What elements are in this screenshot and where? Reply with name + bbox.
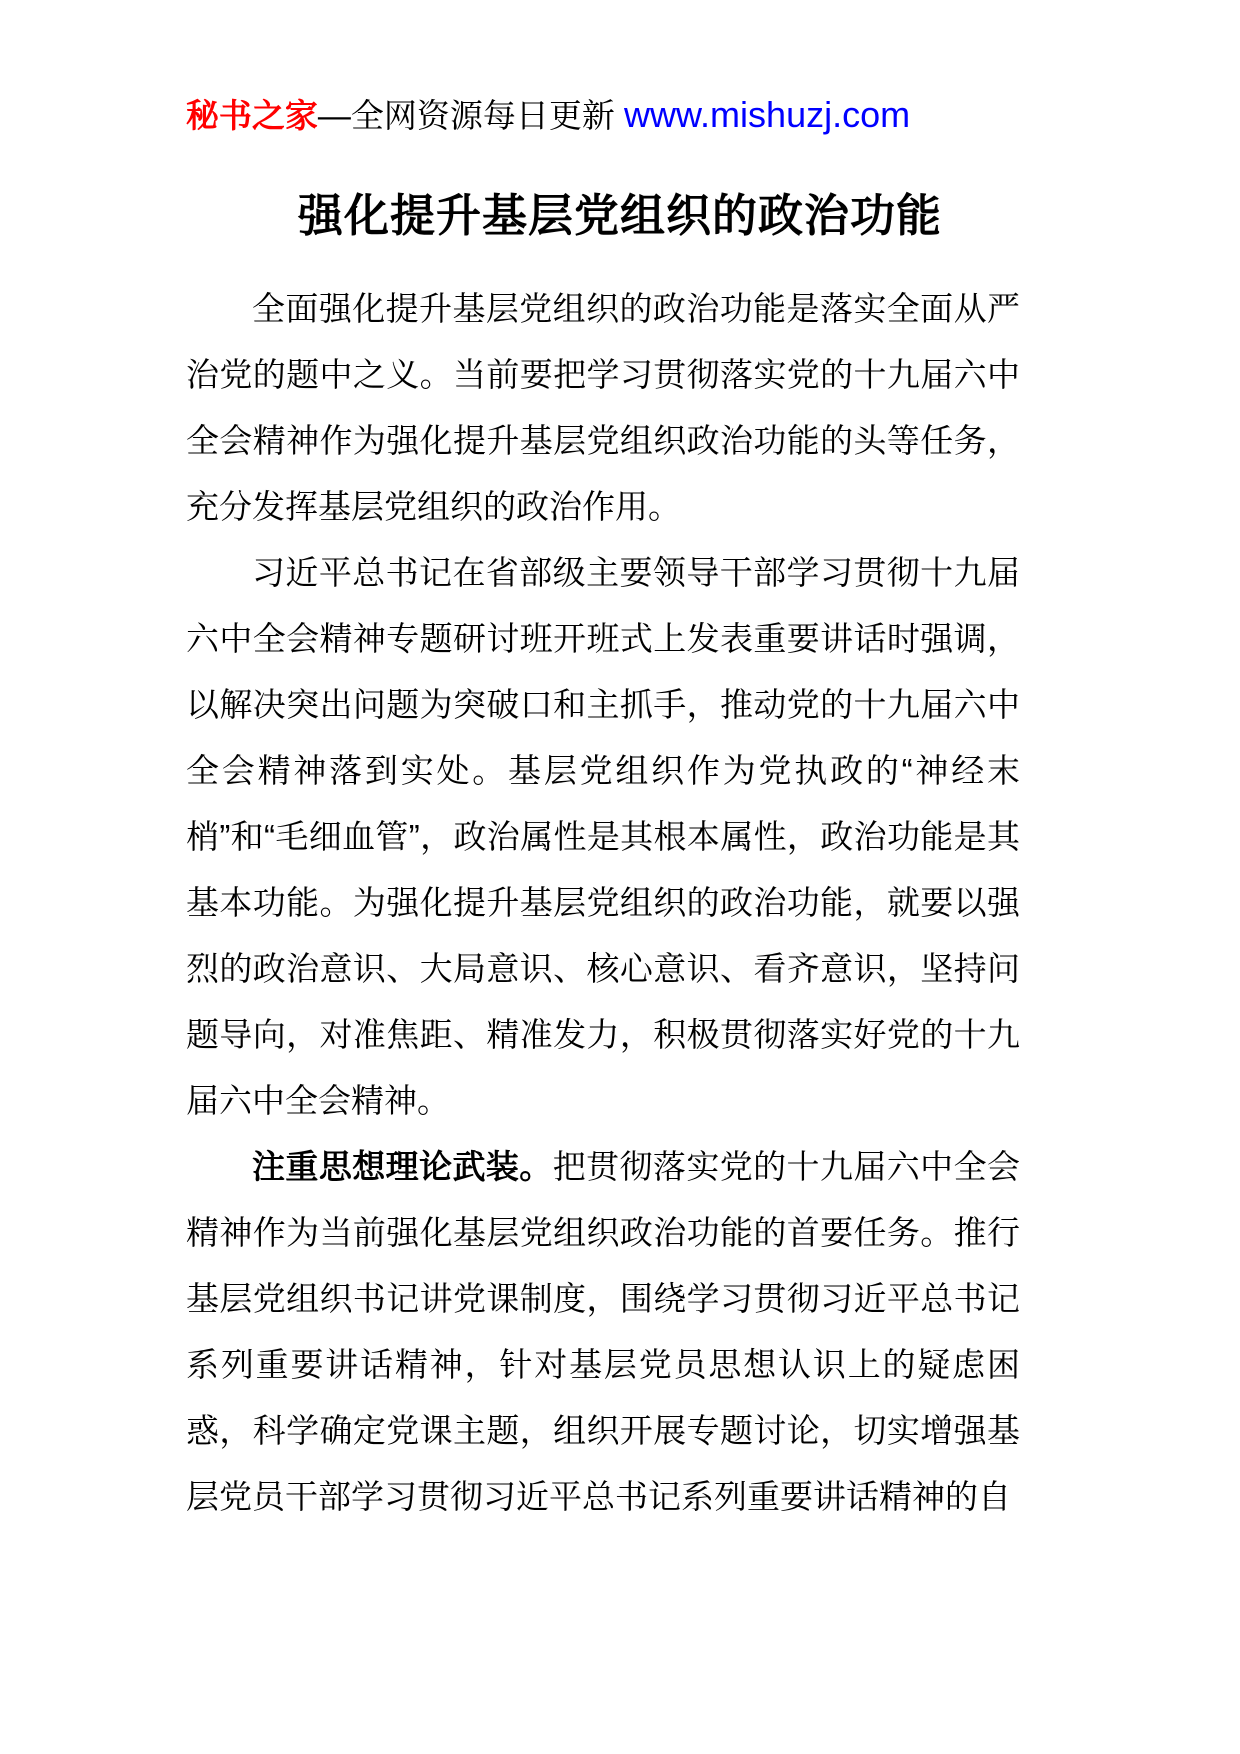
paragraph-3-text: 把贯彻落实党的十九届六中全会精神作为当前强化基层党组织政治功能的首要任务。推行基… bbox=[186, 1148, 1020, 1515]
paragraph-3: 注重思想理论武装。把贯彻落实党的十九届六中全会精神作为当前强化基层党组织政治功能… bbox=[186, 1134, 1020, 1530]
site-url: www.mishuzj.com bbox=[624, 94, 910, 135]
site-brand: 秘书之家 bbox=[186, 97, 318, 134]
paragraph-1: 全面强化提升基层党组织的政治功能是落实全面从严治党的题中之义。当前要把学习贯彻落… bbox=[186, 276, 1020, 540]
paragraph-2: 习近平总书记在省部级主要领导干部学习贯彻十九届六中全会精神专题研讨班开班式上发表… bbox=[186, 540, 1020, 1134]
document-body: 全面强化提升基层党组织的政治功能是落实全面从严治党的题中之义。当前要把学习贯彻落… bbox=[186, 276, 1020, 1530]
document-page: 秘书之家—全网资源每日更新 www.mishuzj.com 强化提升基层党组织的… bbox=[0, 0, 1240, 1754]
paragraph-3-lead: 注重思想理论武装。 bbox=[252, 1148, 553, 1185]
site-tagline: —全网资源每日更新 bbox=[318, 97, 624, 134]
site-header: 秘书之家—全网资源每日更新 www.mishuzj.com bbox=[0, 92, 1096, 139]
document-title: 强化提升基层党组织的政治功能 bbox=[0, 186, 1240, 246]
